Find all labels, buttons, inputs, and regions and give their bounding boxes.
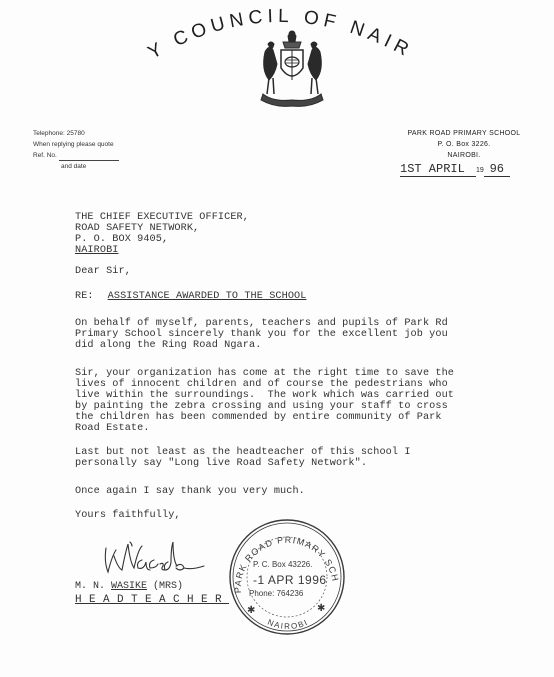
- telephone-line: Telephone: 25780: [33, 128, 119, 139]
- recipient-address: THE CHIEF EXECUTIVE OFFICER,ROAD SAFETY …: [75, 212, 249, 256]
- school-name: PARK ROAD PRIMARY SCHOOL: [398, 128, 530, 139]
- signer-name: M. N. WASIKE (MRS): [75, 581, 183, 592]
- letter-date: 1ST APRIL1996: [400, 162, 540, 177]
- recipient-line-2: ROAD SAFETY NETWORK,: [75, 223, 249, 234]
- date-day-month: 1ST APRIL: [400, 162, 476, 177]
- recipient-line-3: P. O. BOX 9405,: [75, 234, 249, 245]
- signer-initials: M. N.: [75, 581, 111, 592]
- closing: Yours faithfully,: [75, 510, 181, 521]
- stamp-phone: Phone: 764236: [249, 589, 303, 598]
- subject-text: ASSISTANCE AWARDED TO THE SCHOOL: [108, 291, 307, 302]
- star-icon: ✱: [247, 605, 255, 616]
- signer-role: HEADTEACHER: [75, 594, 229, 606]
- recipient-line-1: THE CHIEF EXECUTIVE OFFICER,: [75, 212, 249, 223]
- and-date-label: and date: [33, 161, 119, 172]
- school-po-box: P. O. Box 3226.: [398, 139, 530, 150]
- stamp-po-box: P. C. Box 43226.: [253, 560, 312, 569]
- ref-no-label: Ref. No.: [33, 152, 57, 159]
- body-paragraph-1: On behalf of myself, parents, teachers a…: [75, 318, 448, 351]
- signer-title: (MRS): [147, 581, 183, 592]
- subject-label: RE:: [75, 291, 94, 302]
- body-paragraph-4: Once again I say thank you very much.: [75, 486, 305, 497]
- date-year: 96: [484, 162, 510, 177]
- star-icon: ✱: [317, 603, 325, 614]
- body-paragraph-3: Last but not least as the headteacher of…: [75, 447, 411, 469]
- school-city: NAIROBI.: [398, 150, 530, 161]
- stamp-date: -1 APR 1996: [253, 573, 327, 587]
- salutation: Dear Sir,: [75, 266, 131, 277]
- ref-no-line: Ref. No.: [33, 150, 119, 161]
- letterhead-contact: Telephone: 25780 When replying please qu…: [33, 128, 119, 172]
- recipient-line-4: NAIROBI: [75, 245, 249, 256]
- body-paragraph-2: Sir, your organization has come at the r…: [75, 368, 454, 434]
- school-address: PARK ROAD PRIMARY SCHOOL P. O. Box 3226.…: [398, 128, 530, 161]
- date-century: 19: [476, 167, 484, 174]
- subject-line: RE:ASSISTANCE AWARDED TO THE SCHOOL: [75, 291, 306, 302]
- letter-page: CITY COUNCIL OF NAIROBI Telephone: 25780…: [0, 0, 554, 677]
- signature-scribble-icon: [100, 538, 210, 578]
- coat-of-arms-icon: [255, 30, 330, 108]
- reply-quote-note: When replying please quote: [33, 139, 119, 150]
- signer-surname: WASIKE: [111, 581, 147, 592]
